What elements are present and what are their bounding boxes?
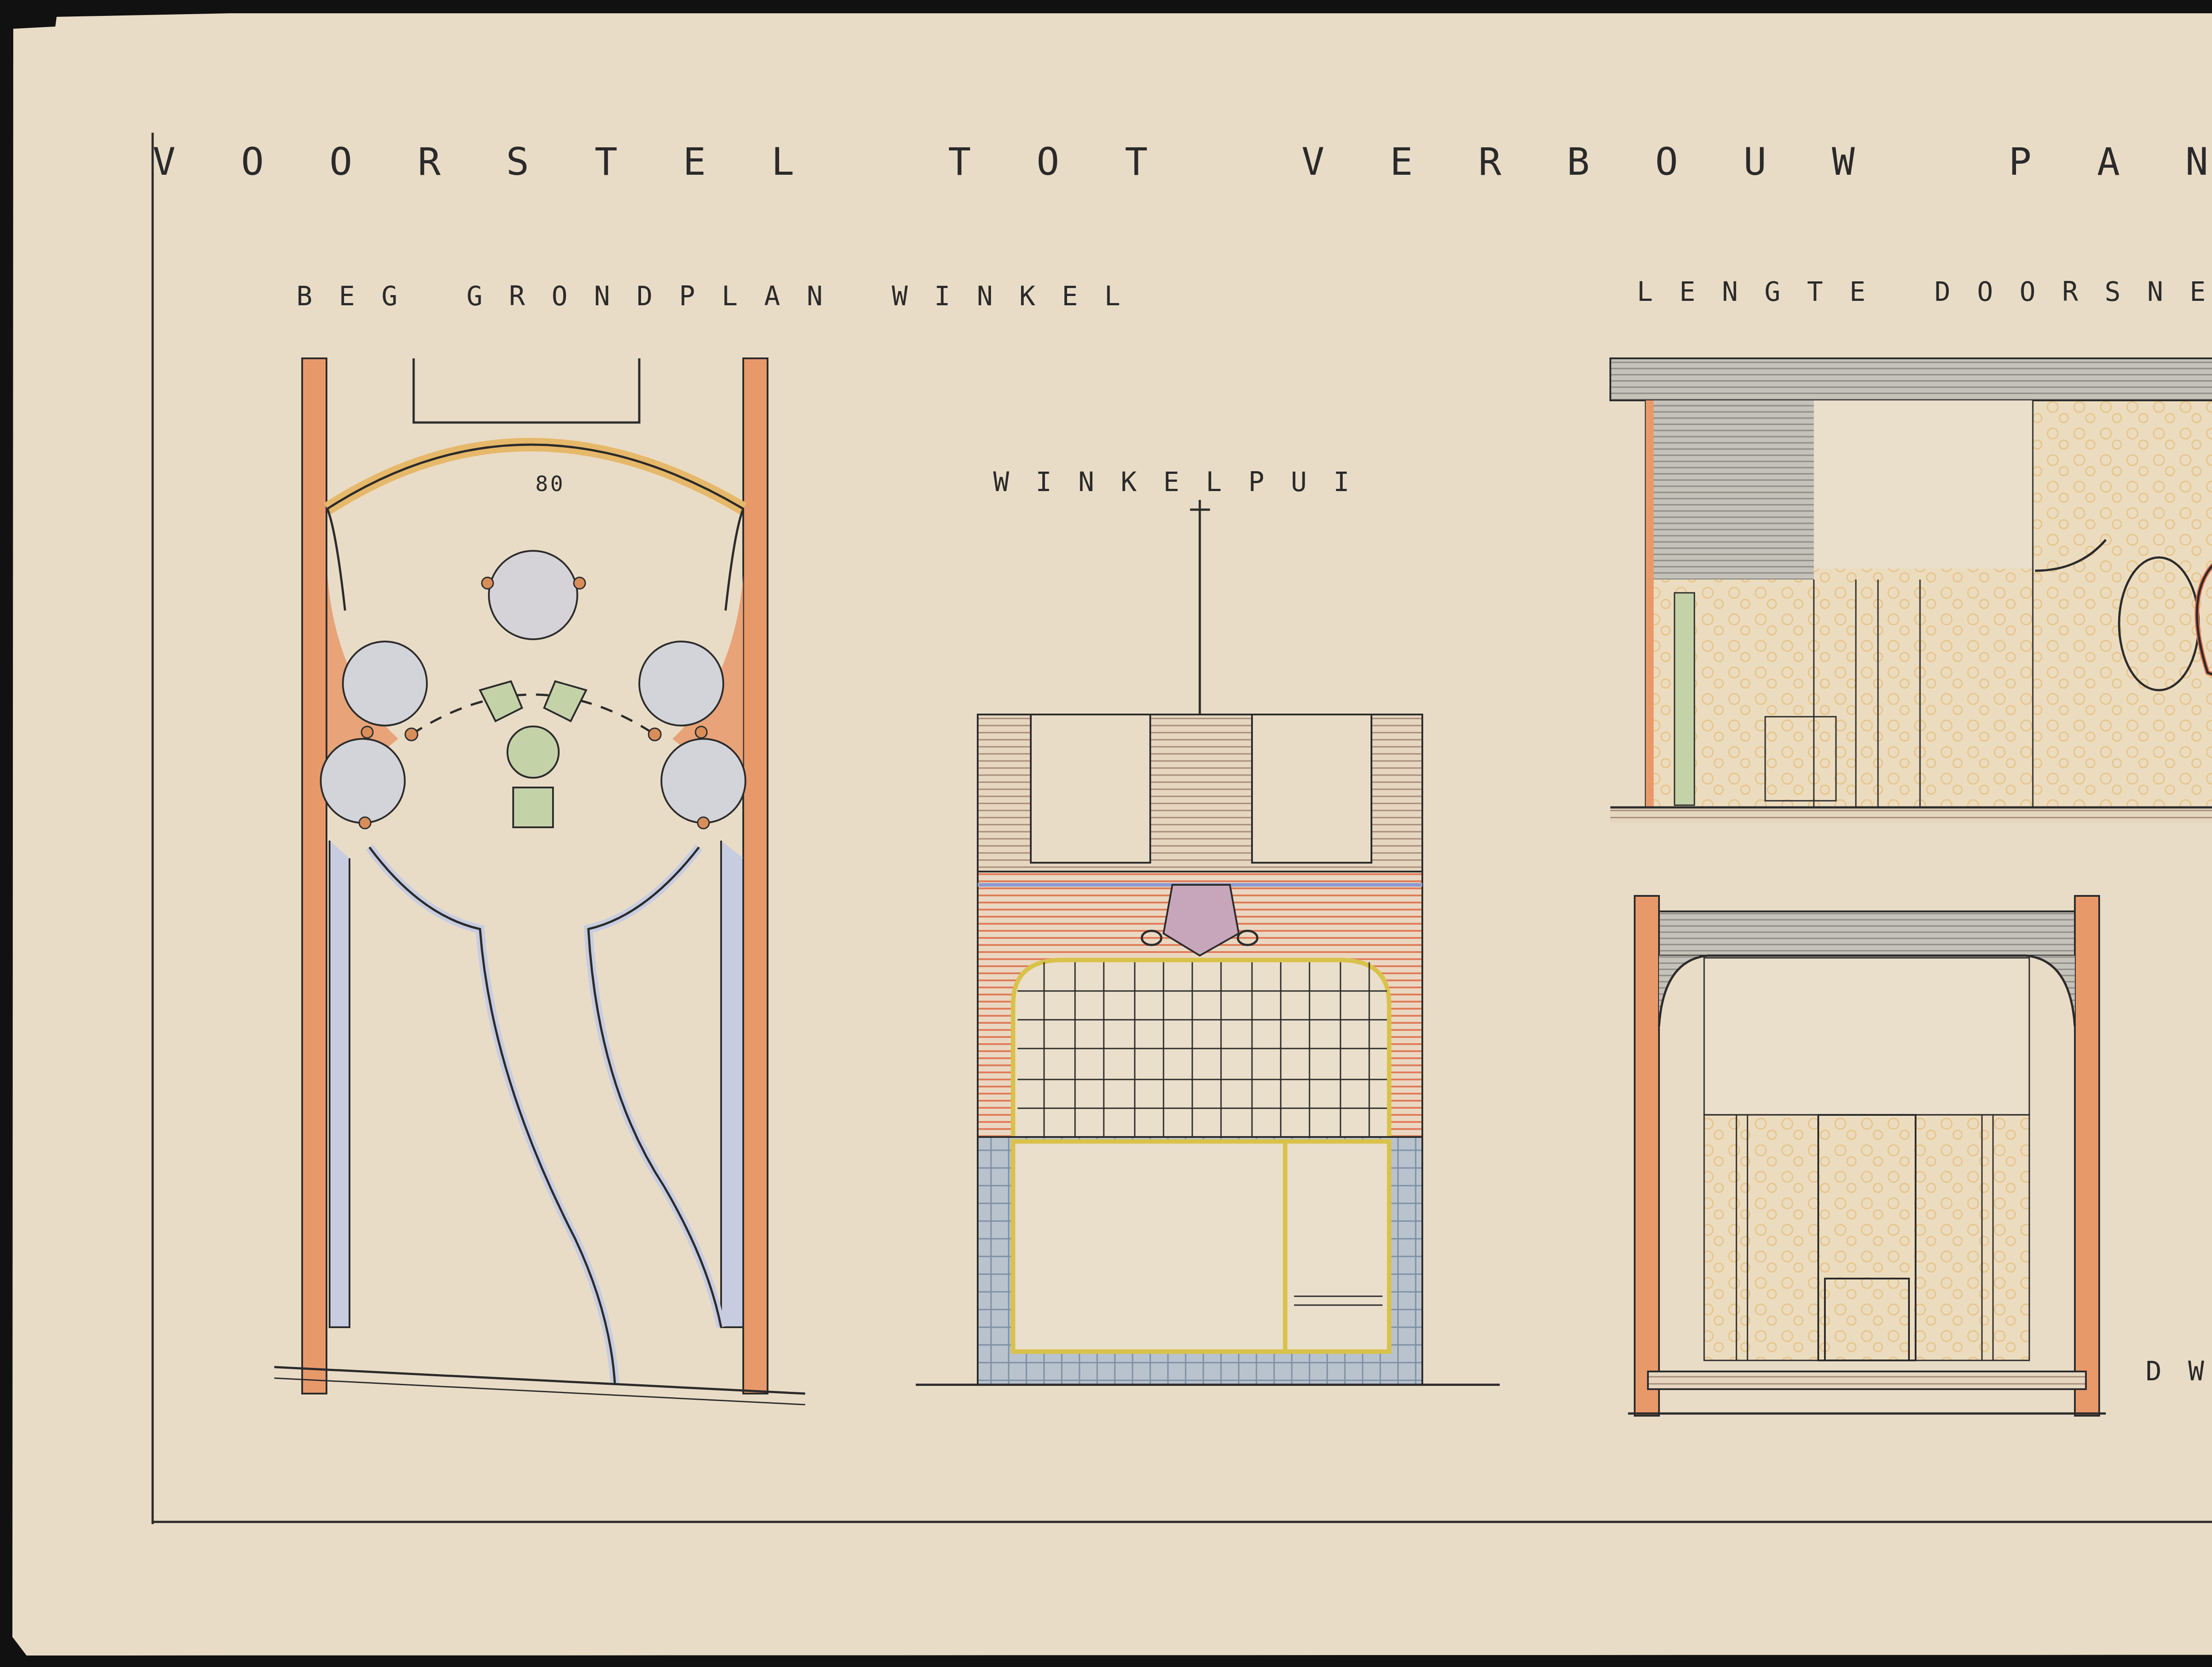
long-section-label: LENGTE DOORSNEDE (1637, 277, 2212, 307)
drawing-sheet: VOORSTEL TOT VERBOUW PAND STEEGOVERSLOOT… (0, 0, 2212, 1667)
shopfront-label: WINKELPUI (993, 467, 1376, 498)
cross-section-label: DWARS DOORSNEDE. (2146, 1356, 2212, 1387)
longitudinal-section: LENGTE DOORSNEDE (1610, 277, 2212, 823)
floor-plan-label: BEG GRONDPLAN WINKEL (296, 281, 1147, 312)
dimension-note: 80 (535, 472, 565, 496)
title-text: VOORSTEL TOT VERBOUW PAND STEEGOVERSLOOT… (153, 140, 2212, 184)
